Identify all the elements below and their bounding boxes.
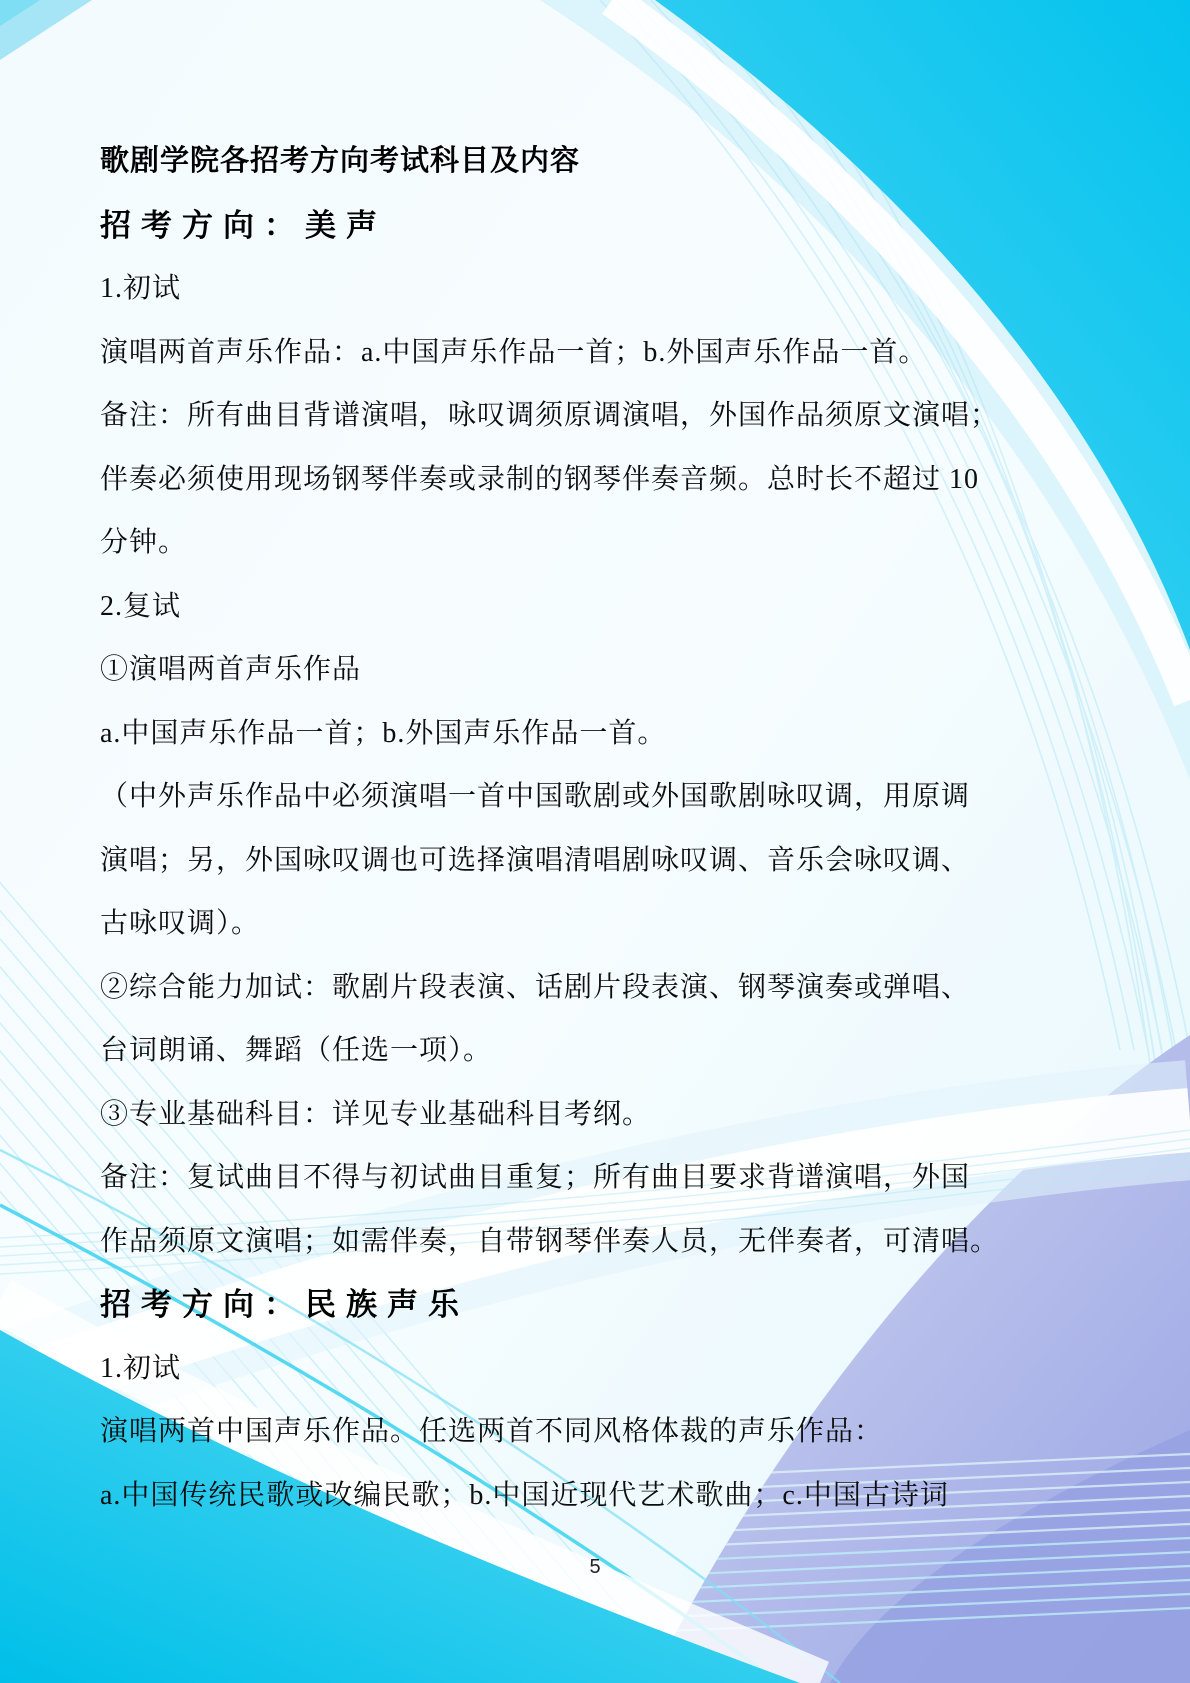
body-line: 分钟。 [100,511,1100,575]
section-heading: 招考方向：民族声乐 [100,1273,1100,1337]
section-heading: 招考方向：美声 [100,194,1100,258]
body-line: 作品须原文演唱；如需伴奏，自带钢琴伴奏人员，无伴奏者，可清唱。 [100,1210,1100,1274]
body-line: 演唱；另，外国咏叹调也可选择演唱清唱剧咏叹调、音乐会咏叹调、 [100,829,1100,893]
body-line: ③专业基础科目：详见专业基础科目考纲。 [100,1083,1100,1147]
body-line: 伴奏必须使用现场钢琴伴奏或录制的钢琴伴奏音频。总时长不超过 10 [100,448,1100,512]
body-line: 演唱两首中国声乐作品。任选两首不同风格体裁的声乐作品： [100,1400,1100,1464]
body-line: 备注：复试曲目不得与初试曲目重复；所有曲目要求背谱演唱，外国 [100,1146,1100,1210]
body-line: 演唱两首声乐作品：a.中国声乐作品一首；b.外国声乐作品一首。 [100,321,1100,385]
body-line: （中外声乐作品中必须演唱一首中国歌剧或外国歌剧咏叹调，用原调 [100,765,1100,829]
body-line: 备注：所有曲目背谱演唱，咏叹调须原调演唱，外国作品须原文演唱； [100,384,1100,448]
body-line: a.中国传统民歌或改编民歌；b.中国近现代艺术歌曲；c.中国古诗词 [100,1464,1100,1528]
page-number: 5 [0,1556,1190,1586]
body-line: 2.复试 [100,575,1100,639]
document-page: 歌剧学院各招考方向考试科目及内容 招考方向：美声1.初试演唱两首声乐作品：a.中… [100,130,1100,1527]
document-title: 歌剧学院各招考方向考试科目及内容 [100,130,1100,194]
body-line: 古咏叹调）。 [100,892,1100,956]
body-line: 1.初试 [100,1337,1100,1401]
body-line: ①演唱两首声乐作品 [100,638,1100,702]
document-body: 招考方向：美声1.初试演唱两首声乐作品：a.中国声乐作品一首；b.外国声乐作品一… [100,194,1100,1528]
body-line: ②综合能力加试：歌剧片段表演、话剧片段表演、钢琴演奏或弹唱、 [100,956,1100,1020]
body-line: 1.初试 [100,257,1100,321]
body-line: 台词朗诵、舞蹈（任选一项）。 [100,1019,1100,1083]
body-line: a.中国声乐作品一首；b.外国声乐作品一首。 [100,702,1100,766]
